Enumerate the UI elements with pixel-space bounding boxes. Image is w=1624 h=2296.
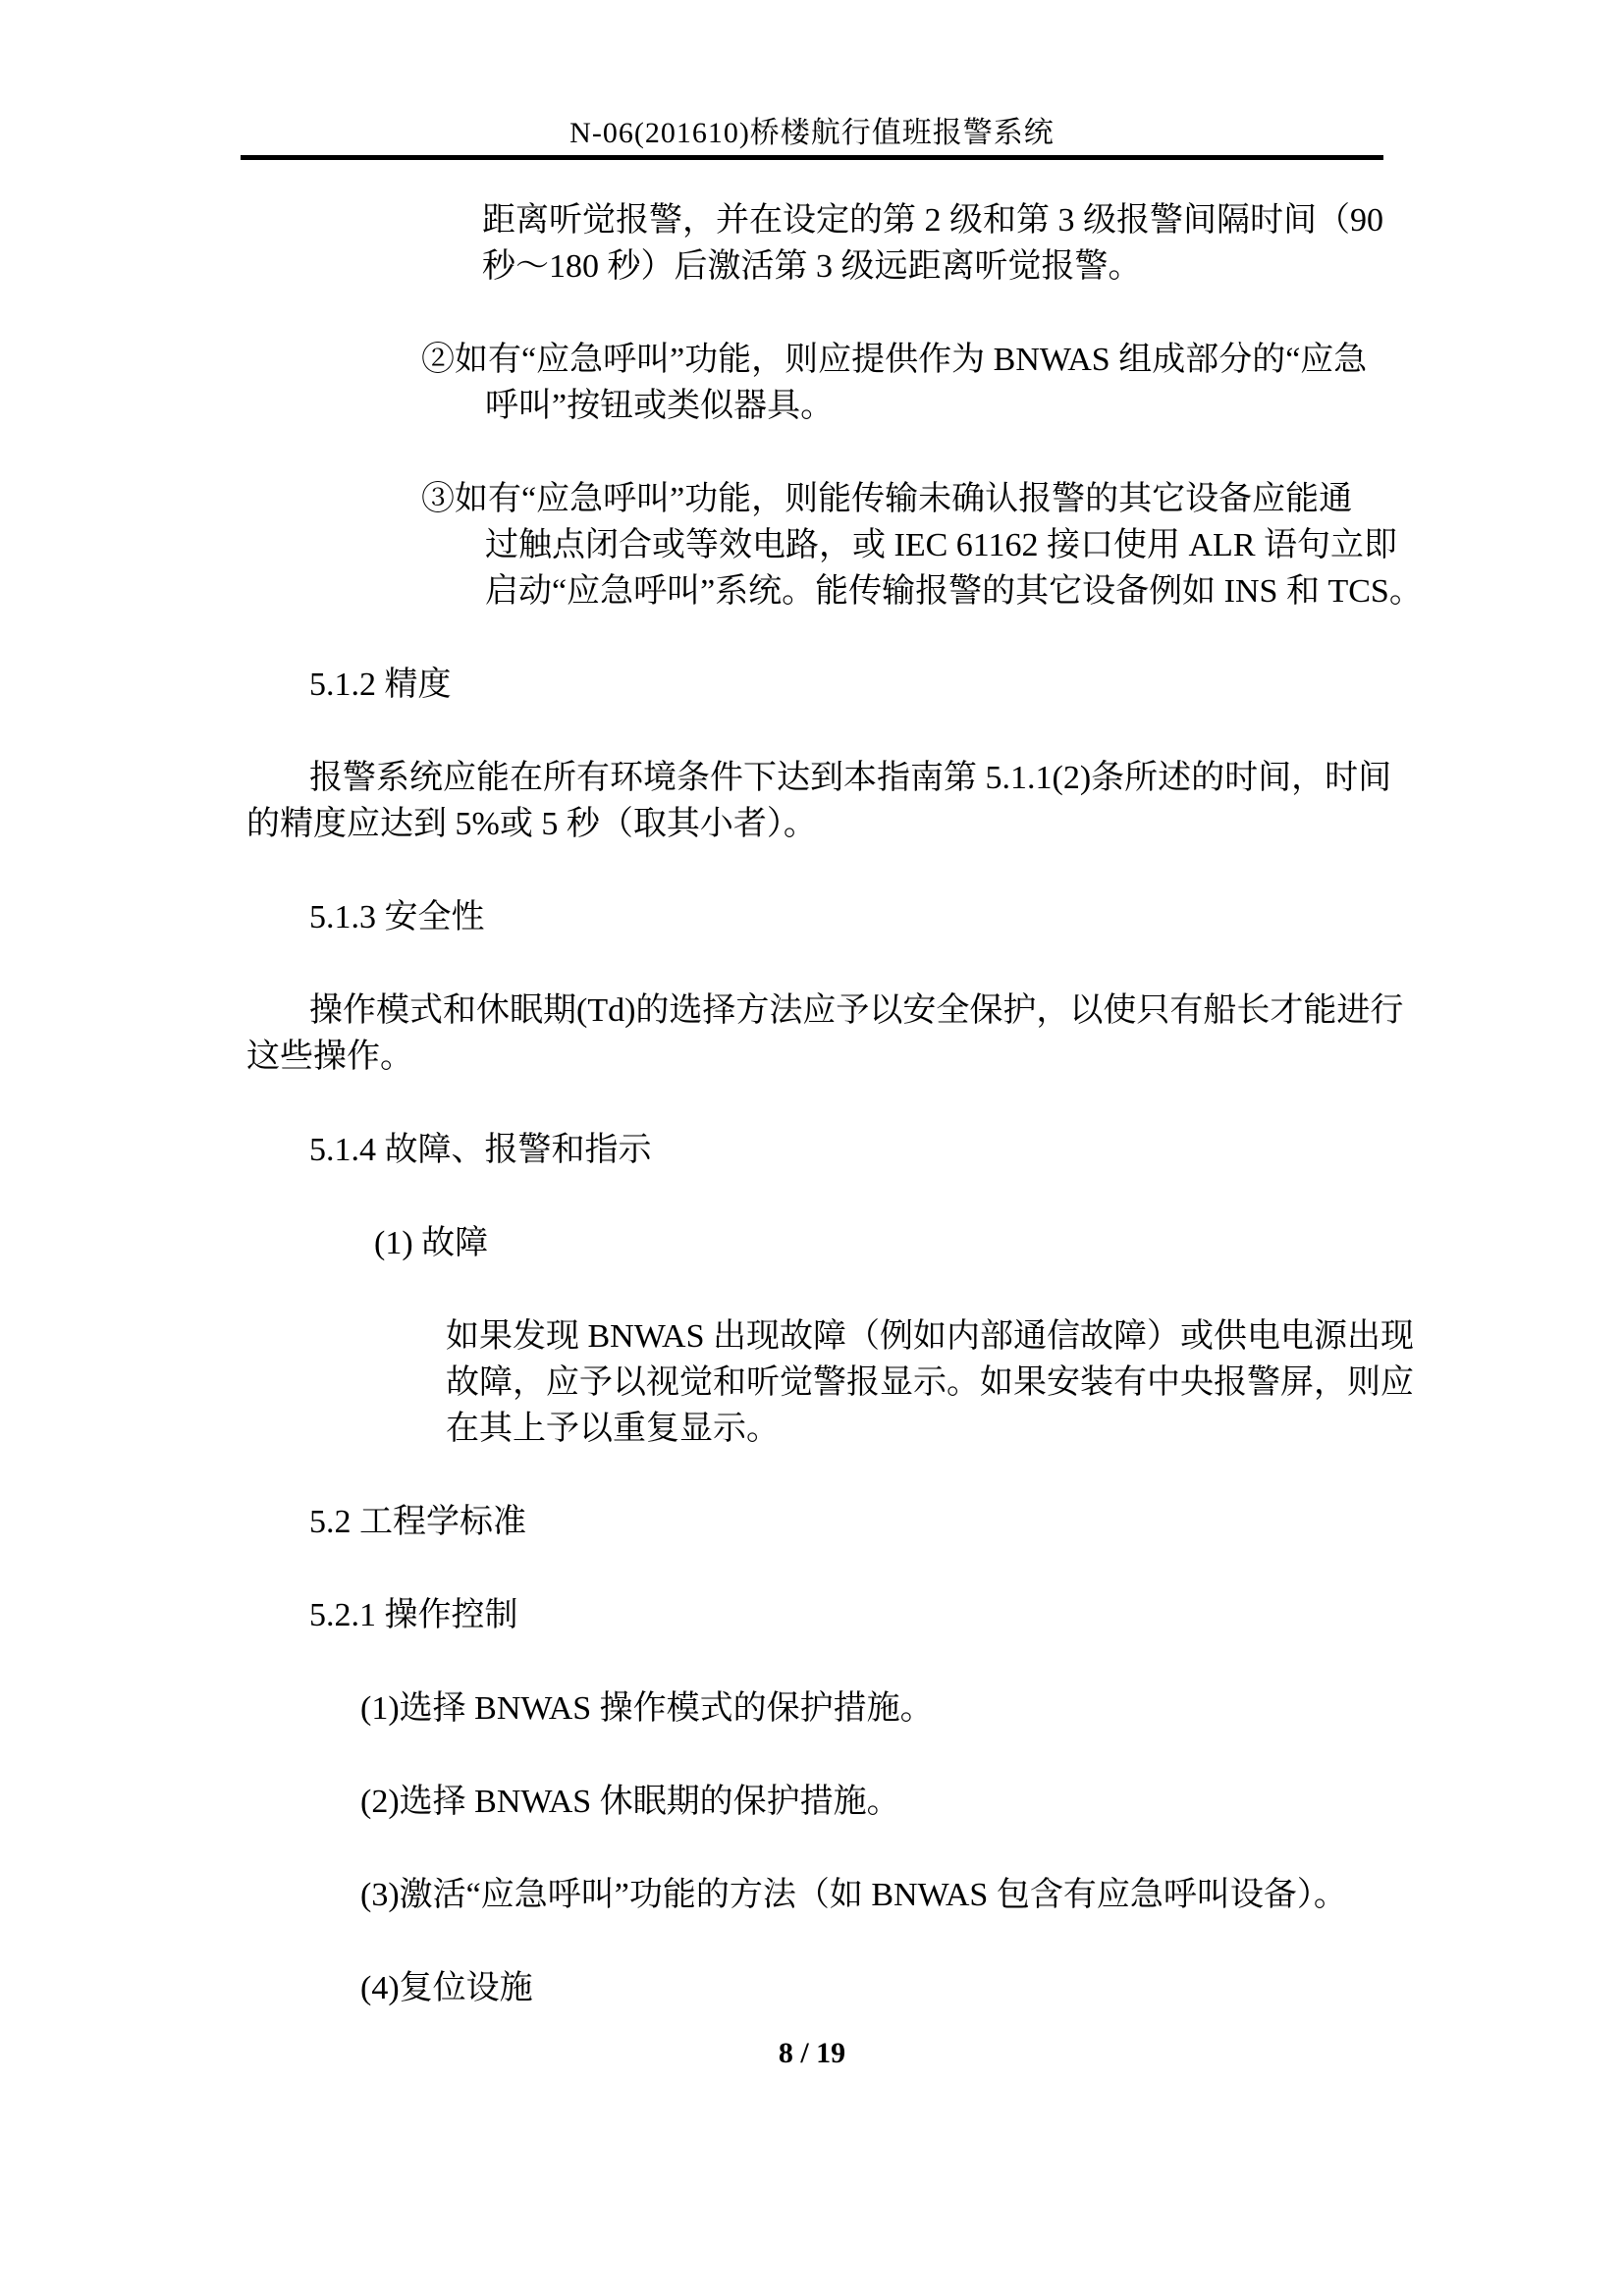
paragraph-item3: ③如有“应急呼叫”功能，则能传输未确认报警的其它设备应能通 过触点闭合或等效电路… [246,476,1385,614]
text-line: (4)复位设施 [360,1965,1385,2011]
text-line: 在其上予以重复显示。 [446,1406,1385,1452]
heading-5-1-3: 5.1.3 安全性 [246,894,1385,940]
paragraph-item1-continuation: 距离听觉报警，并在设定的第 2 级和第 3 级报警间隔时间（90 秒～180 秒… [246,197,1385,290]
text-line: 过触点闭合或等效电路，或 IEC 61162 接口使用 ALR 语句立即 [485,522,1385,568]
page-number: 8 / 19 [779,2037,845,2069]
text-line: 秒～180 秒）后激活第 3 级远距离听觉报警。 [482,243,1385,290]
page-footer: 8 / 19 [0,2034,1624,2073]
heading-5-1-4: 5.1.4 故障、报警和指示 [246,1127,1385,1173]
text-line: 报警系统应能在所有环境条件下达到本指南第 5.1.1(2)条所述的时间，时间 [309,755,1385,801]
section-heading: 5.1.2 精度 [309,662,1385,708]
text-line: ②如有“应急呼叫”功能，则应提供作为 BNWAS 组成部分的“应急 [421,337,1385,383]
text-line: 启动“应急呼叫”系统。能传输报警的其它设备例如 INS 和 TCS。 [485,568,1385,614]
text-line: ③如有“应急呼叫”功能，则能传输未确认报警的其它设备应能通 [421,476,1385,522]
list-item-4: (4)复位设施 [246,1965,1385,2011]
subheading-fault: (1) 故障 [246,1220,1385,1266]
text-line: 操作模式和休眠期(Td)的选择方法应予以安全保护，以使只有船长才能进行 [309,988,1385,1034]
text-line: (1)选择 BNWAS 操作模式的保护措施。 [360,1685,1385,1732]
text-line: 呼叫”按钮或类似器具。 [485,383,1385,429]
paragraph-fault-detail: 如果发现 BNWAS 出现故障（例如内部通信故障）或供电电源出现 故障，应予以视… [246,1313,1385,1452]
page-header-title: N-06(201610)桥楼航行值班报警系统 [0,116,1624,151]
section-heading: 5.1.3 安全性 [309,894,1385,940]
document-page: N-06(201610)桥楼航行值班报警系统 距离听觉报警，并在设定的第 2 级… [0,0,1624,2296]
list-item-3: (3)激活“应急呼叫”功能的方法（如 BNWAS 包含有应急呼叫设备）。 [246,1872,1385,1918]
text-line: 的精度应达到 5%或 5 秒（取其小者）。 [246,801,1385,847]
header-rule [241,155,1383,160]
paragraph-security: 操作模式和休眠期(Td)的选择方法应予以安全保护，以使只有船长才能进行 这些操作… [246,988,1385,1080]
heading-5-2: 5.2 工程学标准 [246,1499,1385,1545]
heading-5-1-2: 5.1.2 精度 [246,662,1385,708]
section-heading: 5.1.4 故障、报警和指示 [309,1127,1385,1173]
paragraph-accuracy: 报警系统应能在所有环境条件下达到本指南第 5.1.1(2)条所述的时间，时间 的… [246,755,1385,847]
text-line: 如果发现 BNWAS 出现故障（例如内部通信故障）或供电电源出现 [446,1313,1385,1360]
text-line: 这些操作。 [246,1034,1385,1080]
section-heading: 5.2.1 操作控制 [309,1592,1385,1638]
sub-heading: (1) 故障 [374,1220,1385,1266]
section-heading: 5.2 工程学标准 [309,1499,1385,1545]
document-body: 距离听觉报警，并在设定的第 2 级和第 3 级报警间隔时间（90 秒～180 秒… [246,197,1385,2011]
text-line: (3)激活“应急呼叫”功能的方法（如 BNWAS 包含有应急呼叫设备）。 [360,1872,1385,1918]
list-item-1: (1)选择 BNWAS 操作模式的保护措施。 [246,1685,1385,1732]
paragraph-item2: ②如有“应急呼叫”功能，则应提供作为 BNWAS 组成部分的“应急 呼叫”按钮或… [246,337,1385,429]
text-line: 距离听觉报警，并在设定的第 2 级和第 3 级报警间隔时间（90 [482,197,1385,243]
text-line: 故障，应予以视觉和听觉警报显示。如果安装有中央报警屏，则应 [446,1360,1385,1406]
text-line: (2)选择 BNWAS 休眠期的保护措施。 [360,1779,1385,1825]
list-item-2: (2)选择 BNWAS 休眠期的保护措施。 [246,1779,1385,1825]
heading-5-2-1: 5.2.1 操作控制 [246,1592,1385,1638]
